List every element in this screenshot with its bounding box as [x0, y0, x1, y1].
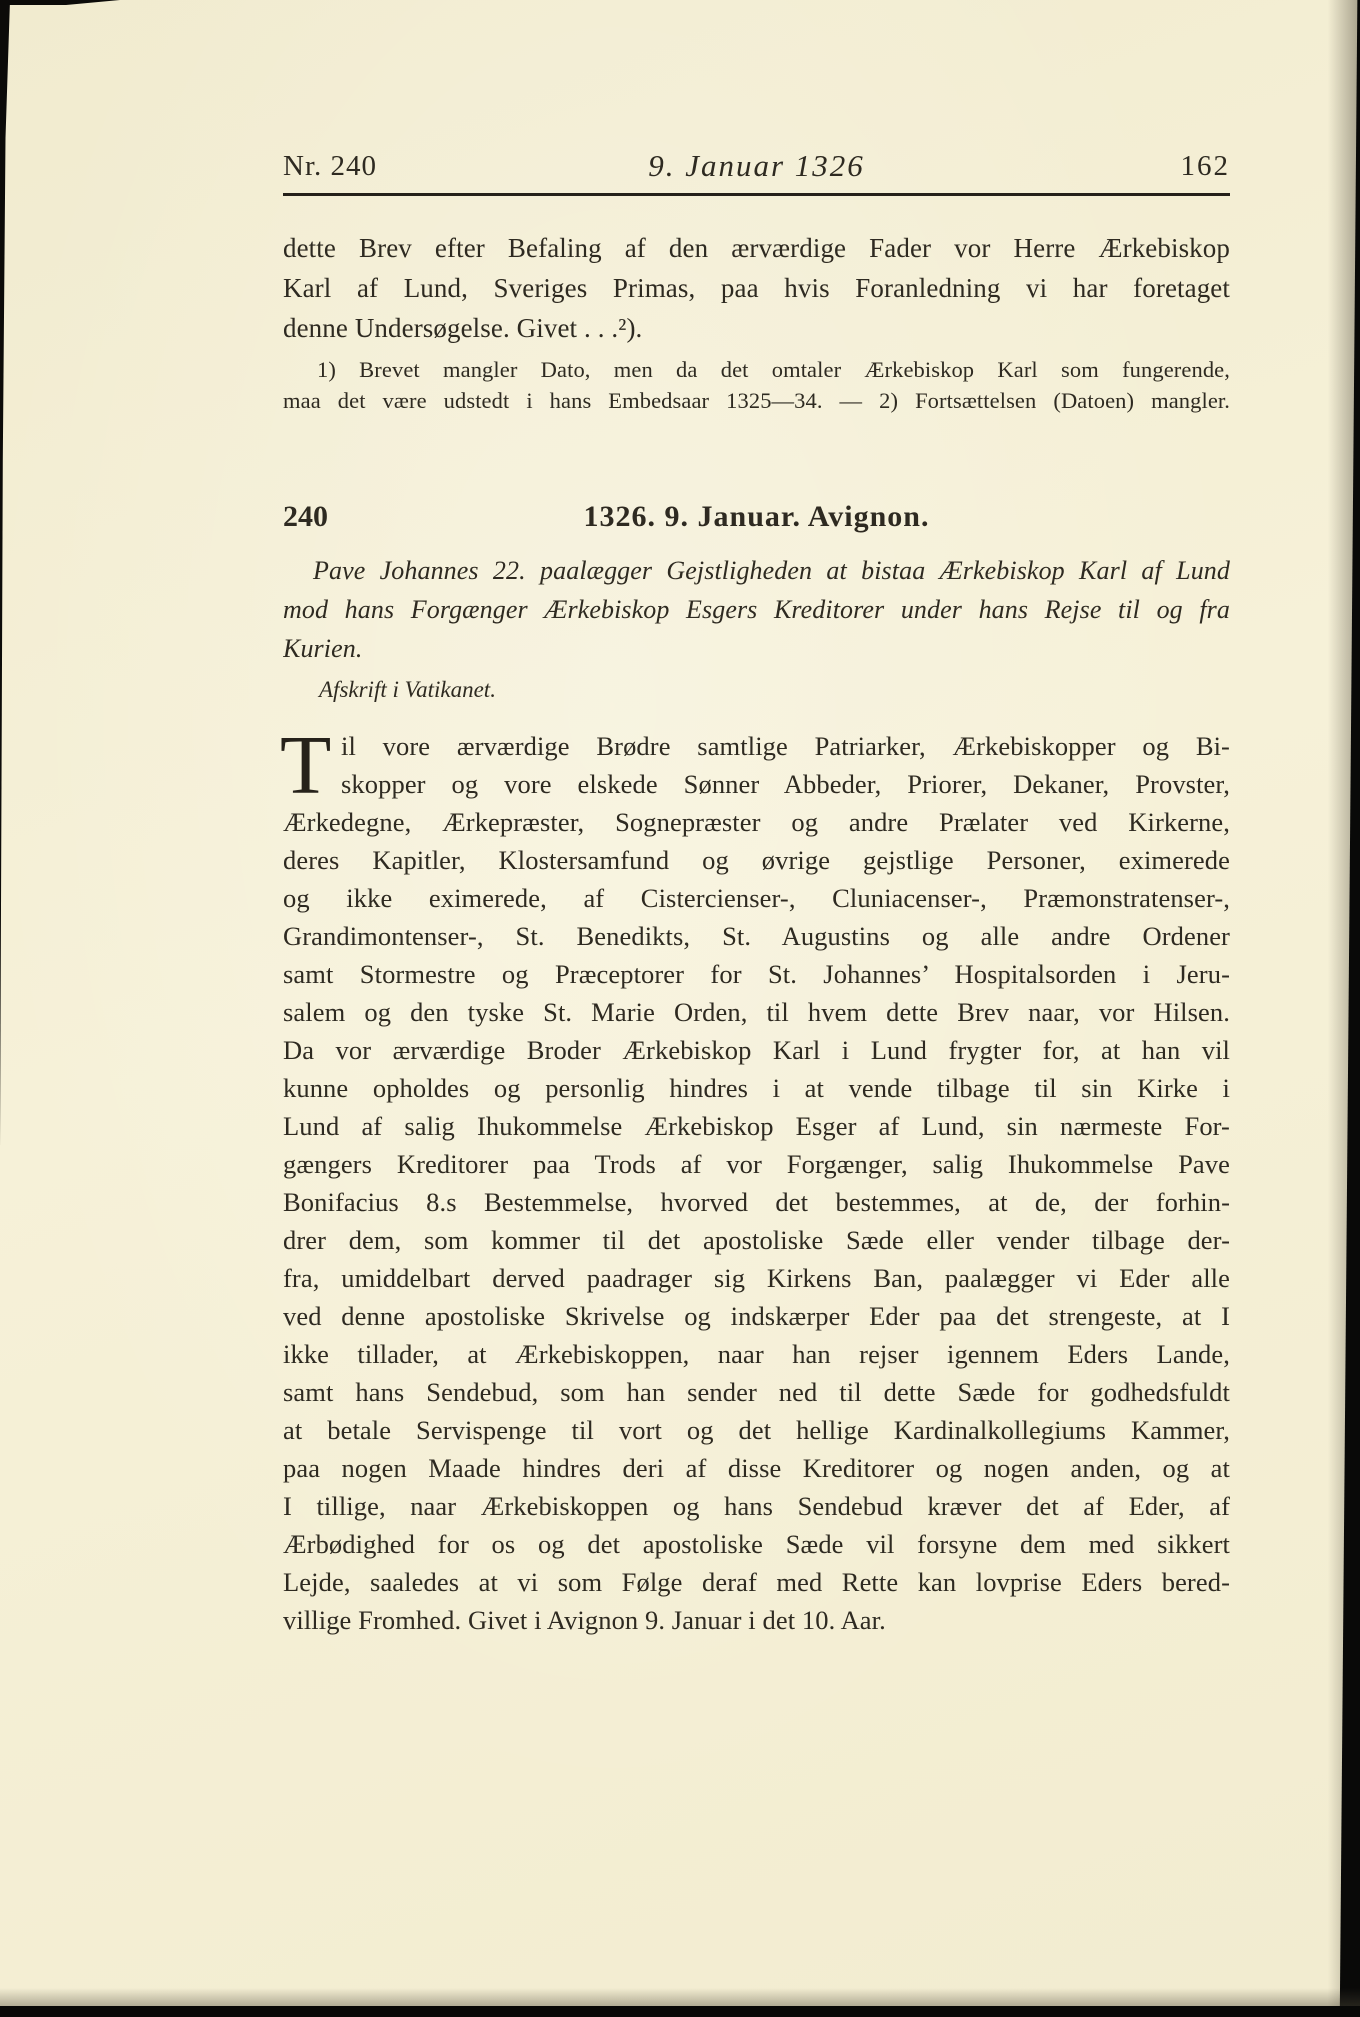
scan-edge-top — [0, 0, 120, 5]
entry-source-note: Afskrift i Vatikanet. — [283, 675, 1230, 705]
text-line: paa nogen Maade hindres deri af disse Kr… — [283, 1449, 1230, 1487]
scanned-book-page: Nr. 240 9. Januar 1326 162 dette Brev ef… — [0, 0, 1360, 2017]
text-line: fra, umiddelbart derved paadrager sig Ki… — [283, 1259, 1230, 1297]
text-line: Bonifacius 8.s Bestemmelse, hvorved det … — [283, 1183, 1230, 1221]
running-header: Nr. 240 9. Januar 1326 162 — [283, 150, 1230, 188]
entry-body-lines: il vore ærværdige Brødre samtlige Patria… — [283, 727, 1230, 1639]
text-line: Lund af salig Ihukommelse Ærkebiskop Esg… — [283, 1107, 1230, 1145]
text-line: mod hans Forgænger Ærkebiskop Esgers Kre… — [283, 590, 1230, 629]
header-page-number: 162 — [1181, 150, 1231, 183]
text-line: il vore ærværdige Brødre samtlige Patria… — [283, 727, 1230, 765]
text-line: Kurien. — [283, 629, 1230, 668]
text-line: Da vor ærværdige Broder Ærkebiskop Karl … — [283, 1031, 1230, 1069]
footnote-paragraph: 1) Brevet mangler Dato, men da det omtal… — [283, 354, 1230, 416]
text-line: og ikke eximerede, af Cistercienser-, Cl… — [283, 879, 1230, 917]
text-line: villige Fromhed. Givet i Avignon 9. Janu… — [283, 1601, 1230, 1639]
text-line: kunne opholdes og personlig hindres i at… — [283, 1069, 1230, 1107]
text-line: salem og den tyske St. Marie Orden, til … — [283, 993, 1230, 1031]
header-rule — [283, 193, 1230, 196]
text-line: samt Stormestre og Præceptorer for St. J… — [283, 955, 1230, 993]
text-line: Pave Johannes 22. paalægger Gejstlighede… — [283, 551, 1230, 590]
text-line: ikke tillader, at Ærkebiskoppen, naar ha… — [283, 1335, 1230, 1373]
text-line: deres Kapitler, Klostersamfund og øvrige… — [283, 841, 1230, 879]
text-line: Ærbødighed for os og det apostoliske Sæd… — [283, 1525, 1230, 1563]
text-line: 1) Brevet mangler Dato, men da det omtal… — [283, 354, 1230, 385]
scan-shadow-bottom — [0, 1988, 1360, 2006]
page-content: Nr. 240 9. Januar 1326 162 dette Brev ef… — [283, 0, 1230, 1639]
text-line: skopper og vore elskede Sønner Abbeder, … — [283, 765, 1230, 803]
entry-summary: Pave Johannes 22. paalægger Gejstlighede… — [283, 551, 1230, 668]
text-line: I tillige, naar Ærkebiskoppen og hans Se… — [283, 1487, 1230, 1525]
header-date: 9. Januar 1326 — [283, 148, 1230, 184]
text-line: Lejde, saaledes at vi som Følge deraf me… — [283, 1563, 1230, 1601]
text-line: maa det være udstedt i hans Embedsaar 13… — [283, 385, 1230, 416]
text-line: Grandimontenser-, St. Benedikts, St. Aug… — [283, 917, 1230, 955]
text-line: Karl af Lund, Sveriges Primas, paa hvis … — [283, 268, 1230, 308]
text-line: Ærkedegne, Ærkepræster, Sognepræster og … — [283, 803, 1230, 841]
text-line: dette Brev efter Befaling af den ærværdi… — [283, 228, 1230, 268]
entry-heading: 240 1326. 9. Januar. Avignon. — [283, 500, 1230, 538]
entry-body: T il vore ærværdige Brødre samtlige Patr… — [283, 727, 1230, 1639]
scan-edge-left — [0, 0, 10, 1150]
continuation-paragraph: dette Brev efter Befaling af den ærværdi… — [283, 228, 1230, 348]
text-line: ved denne apostoliske Skrivelse og indsk… — [283, 1297, 1230, 1335]
text-line: denne Undersøgelse. Givet . . .²). — [283, 308, 1230, 348]
drop-cap-letter: T — [280, 736, 331, 796]
text-line: at betale Servispenge til vort og det he… — [283, 1411, 1230, 1449]
scan-edge-bottom — [0, 2006, 1360, 2017]
text-line: gængers Kreditorer paa Trods af vor Forg… — [283, 1145, 1230, 1183]
text-line: samt hans Sendebud, som han sender ned t… — [283, 1373, 1230, 1411]
entry-dateline: 1326. 9. Januar. Avignon. — [283, 500, 1230, 534]
text-line: drer dem, som kommer til det apostoliske… — [283, 1221, 1230, 1259]
